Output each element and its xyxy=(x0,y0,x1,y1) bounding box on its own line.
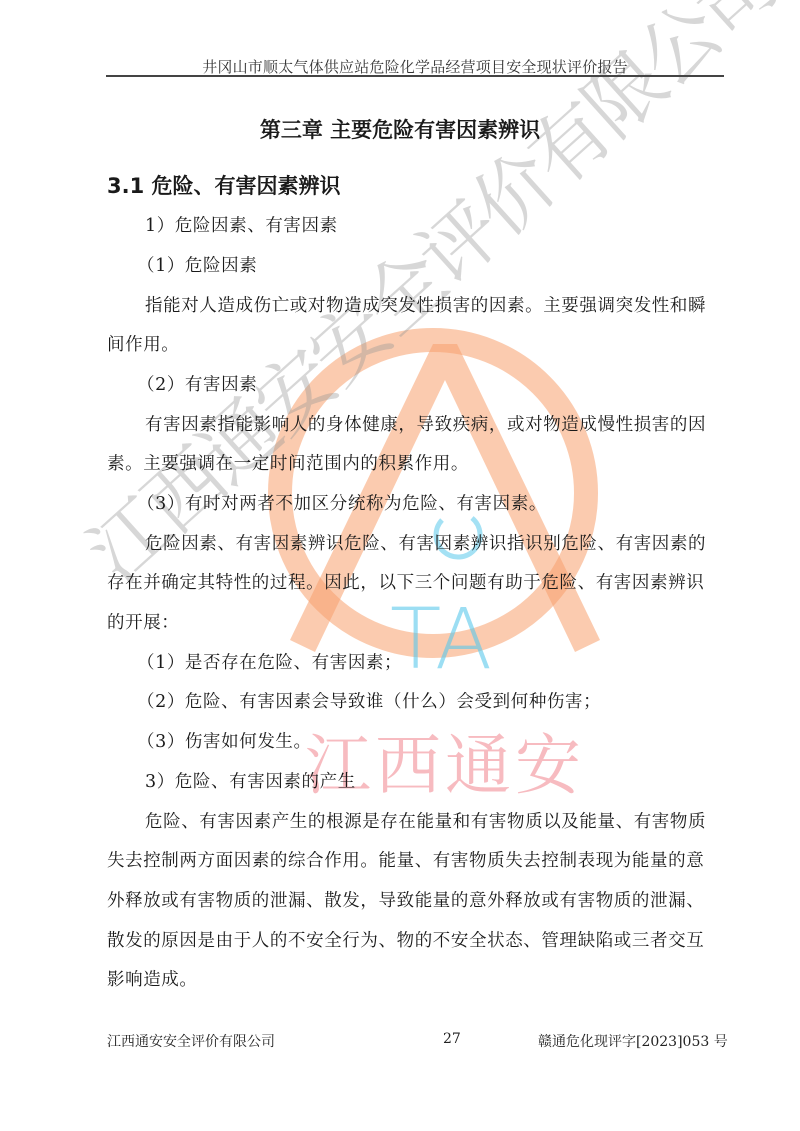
chapter-title: 第三章 主要危险有害因素辨识 xyxy=(0,114,800,144)
paragraph-line: 存在并确定其特性的过程。因此，以下三个问题有助于危险、有害因素辨识 xyxy=(107,569,704,594)
paragraph-line: 外释放或有害物质的泄漏、散发，导致能量的意外释放或有害物质的泄漏、 xyxy=(107,887,704,912)
paragraph-line: 1）危险因素、有害因素 xyxy=(145,212,338,237)
paragraph-line: （3）伤害如何发生。 xyxy=(137,728,312,753)
footer-report-number: 赣通危化现评字[2023]053 号 xyxy=(538,1031,728,1051)
running-header: 井冈山市顺太气体供应站危险化学品经营项目安全现状评价报告 xyxy=(106,56,724,77)
paragraph-line: 散发的原因是由于人的不安全行为、物的不安全状态、管理缺陷或三者交互 xyxy=(107,927,704,952)
paragraph-line: （1）危险因素 xyxy=(137,252,257,277)
paragraph-line: 指能对人造成伤亡或对物造成突发性损害的因素。主要强调突发性和瞬 xyxy=(145,292,706,317)
footer-page-number: 27 xyxy=(443,1031,461,1047)
header-divider xyxy=(106,75,724,77)
paragraph-line: （3）有时对两者不加区分统称为危险、有害因素。 xyxy=(137,490,547,515)
paragraph-line: 3）危险、有害因素的产生 xyxy=(145,768,356,793)
paragraph-line: 间作用。 xyxy=(107,331,179,356)
paragraph-line: 危险、有害因素产生的根源是存在能量和有害物质以及能量、有害物质 xyxy=(145,808,706,833)
paragraph-line: （1）是否存在危险、有害因素； xyxy=(137,649,402,674)
paragraph-line: 危险因素、有害因素辨识危险、有害因素辨识指识别危险、有害因素的 xyxy=(145,530,706,555)
footer-company: 江西通安安全评价有限公司 xyxy=(107,1031,275,1051)
paragraph-line: 素。主要强调在一定时间范围内的积累作用。 xyxy=(107,450,469,475)
watermark-logo-letters: TA xyxy=(390,590,492,688)
paragraph-line: （2）有害因素 xyxy=(137,371,257,396)
paragraph-line: 失去控制两方面因素的综合作用。能量、有害物质失去控制表现为能量的意 xyxy=(107,847,704,872)
section-title: 3.1 危险、有害因素辨识 xyxy=(107,170,341,200)
paragraph-line: 影响造成。 xyxy=(107,966,198,991)
paragraph-line: （2）危险、有害因素会导致谁（什么）会受到何种伤害； xyxy=(137,688,601,713)
paragraph-line: 的开展： xyxy=(107,609,179,634)
paragraph-line: 有害因素指能影响人的身体健康，导致疾病，或对物造成慢性损害的因 xyxy=(145,411,706,436)
